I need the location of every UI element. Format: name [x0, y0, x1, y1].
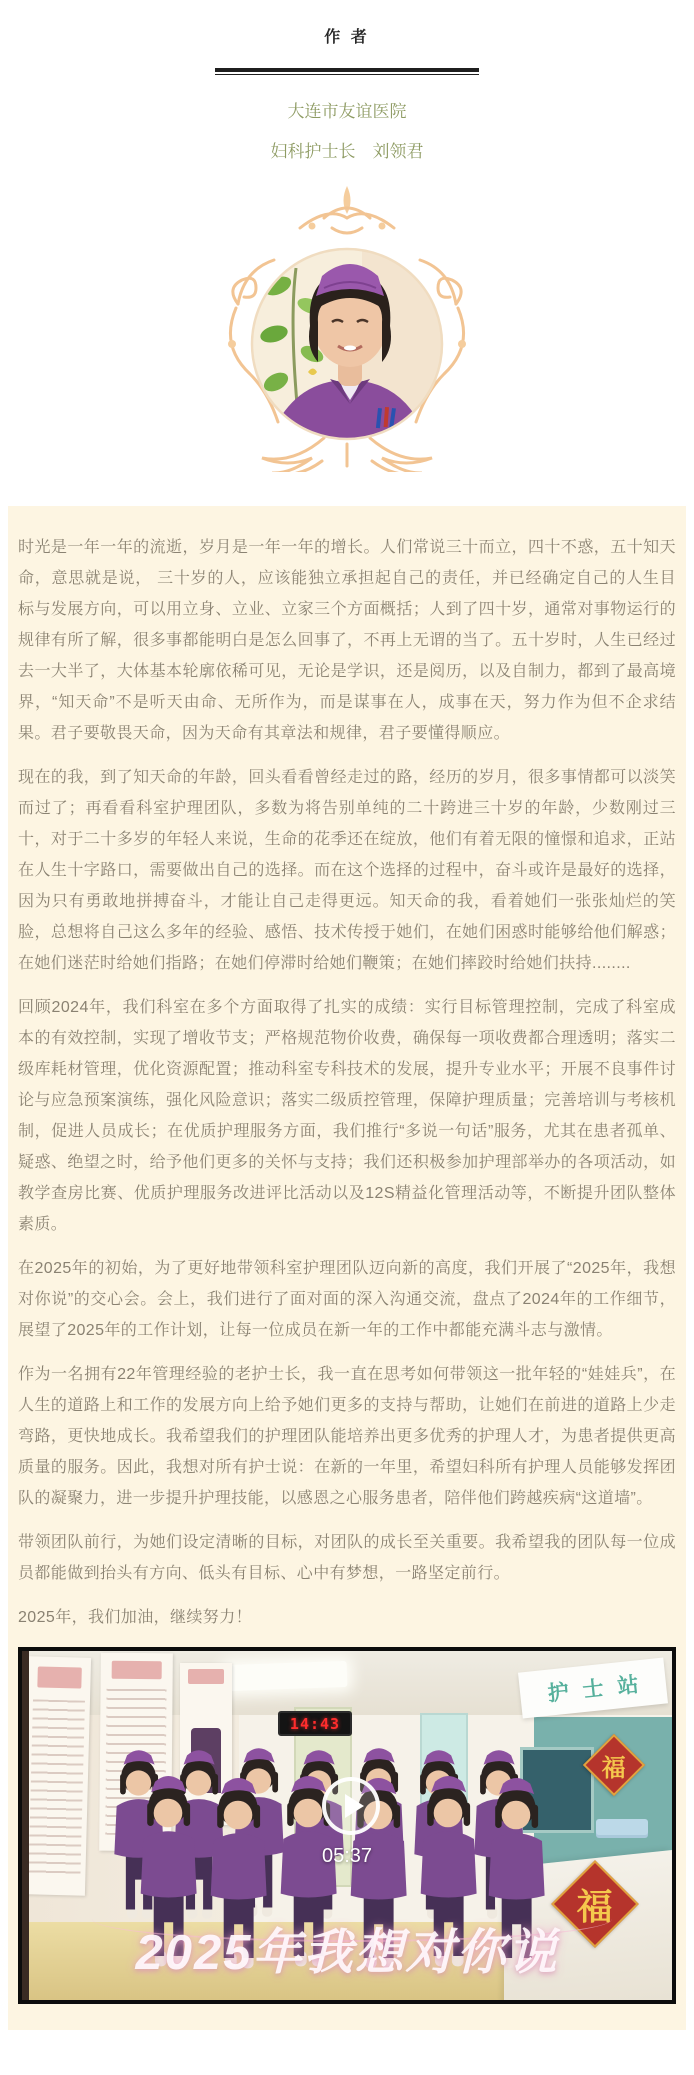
- ornament-frame-icon: [212, 176, 482, 472]
- video-thumbnail[interactable]: 护士站 福 福 14:43: [18, 1647, 676, 2004]
- author-portrait: [212, 176, 482, 472]
- author-name: 妇科护士长 刘领君: [0, 137, 694, 162]
- hospital-name: 大连市友谊医院: [0, 97, 694, 122]
- article-paragraph: 回顾2024年，我们科室在多个方面取得了扎实的成绩：实行目标管理控制，完成了科室…: [18, 992, 676, 1240]
- counter-towels: [596, 1819, 648, 1835]
- video-overlay-title: 2025年我想对你说: [22, 1914, 672, 1984]
- play-icon[interactable]: [322, 1777, 380, 1835]
- article-paragraph: 2025年，我们加油，继续努力！: [18, 1602, 676, 1633]
- article-header: 作 者 大连市友谊医院 妇科护士长 刘领君: [0, 0, 694, 162]
- article-paragraph: 作为一名拥有22年管理经验的老护士长，我一直在思考如何带领这一批年轻的“娃娃兵”…: [18, 1359, 676, 1514]
- header-divider: [215, 68, 479, 75]
- article-body: 时光是一年一年的流逝，岁月是一年一年的增长。人们常说三十而立，四十不惑，五十知天…: [8, 506, 686, 2030]
- article-paragraph: 在2025年的初始，为了更好地带领科室护理团队迈向新的高度，我们开展了“2025…: [18, 1253, 676, 1346]
- article-paragraph: 带领团队前行，为她们设定清晰的目标，对团队的成长至关重要。我希望我的团队每一位成…: [18, 1527, 676, 1589]
- video-duration: 05:37: [22, 1845, 672, 1868]
- ceiling-light: [227, 1661, 348, 1691]
- portrait-photo: [251, 248, 443, 444]
- article-paragraph: 时光是一年一年的流逝，岁月是一年一年的增长。人们常说三十而立，四十不惑，五十知天…: [18, 532, 676, 749]
- article-paragraph: 现在的我，到了知天命的年龄，回头看看曾经走过的路，经历的岁月，很多事情都可以淡笑…: [18, 762, 676, 979]
- author-section-title: 作 者: [0, 24, 694, 47]
- article-page: 作 者 大连市友谊医院 妇科护士长 刘领君: [0, 0, 694, 2030]
